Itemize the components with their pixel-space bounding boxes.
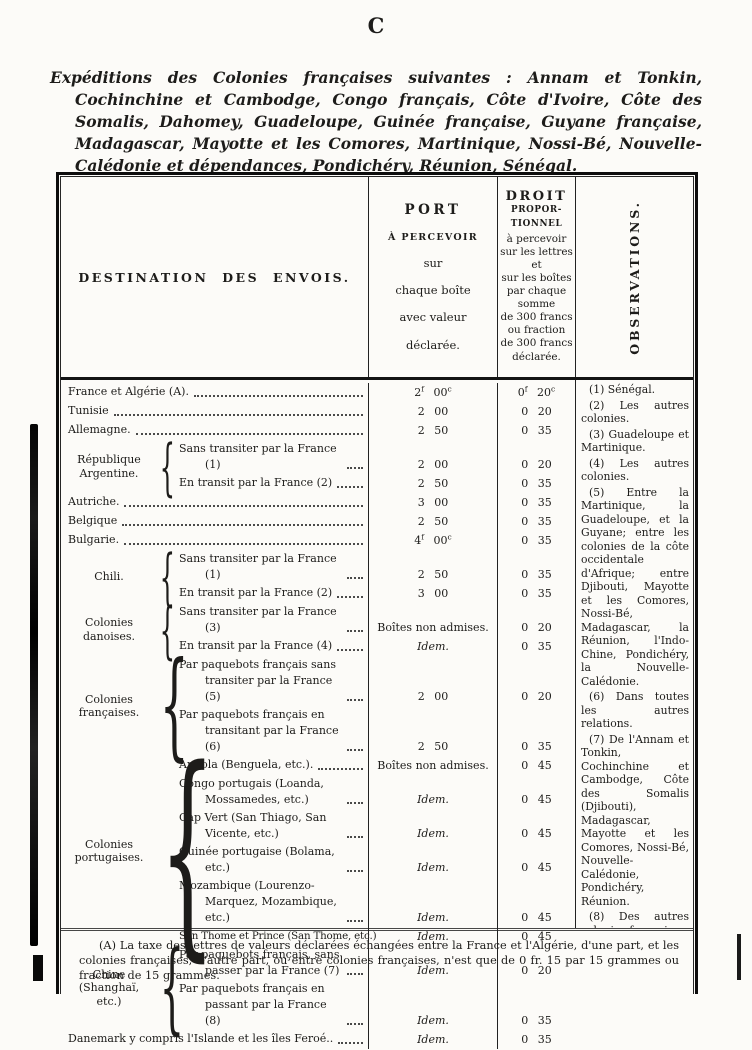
- destination-header-cell: DESTINATION DES ENVOIS.: [61, 177, 368, 377]
- destination-label: En transit par la France (2): [179, 585, 332, 602]
- port-value: 2 50: [418, 567, 449, 582]
- droit-header-line: de 300 francs: [500, 337, 572, 350]
- port-cell: Boîtes non admises.: [368, 756, 497, 775]
- intro-paragraph: Expéditions des Colonies françaises suiv…: [50, 67, 702, 177]
- port-header-line: déclarée.: [406, 338, 460, 352]
- dot-leaders: [337, 486, 363, 488]
- droit-cell: 0 35: [497, 474, 575, 493]
- observation-note: (1) Sénégal.: [581, 383, 689, 397]
- dot-leaders: [122, 524, 363, 526]
- port-cell: Idem.: [368, 843, 497, 877]
- dot-leaders: [347, 630, 363, 632]
- destination-cell: Allemagne.: [61, 421, 368, 440]
- port-cell: 2 50: [368, 474, 497, 493]
- observation-note: (4) Les autres colonies.: [581, 457, 689, 484]
- group-category: Chine (Shanghaï, etc.): [63, 946, 155, 1030]
- droit-value: 0f 20c: [518, 385, 555, 400]
- port-value: Idem.: [417, 826, 449, 841]
- tariff-table-inner: DESTINATION DES ENVOIS. PORTÀ PERCEVOIRs…: [60, 176, 694, 994]
- table-row: Danemark y compris l'Islande et les îles…: [61, 1030, 575, 1049]
- droit-cell: 0 45: [497, 756, 575, 775]
- table-row: Bulgarie. 4f 00c 0 35: [61, 531, 575, 550]
- droit-value: 0 45: [521, 826, 552, 841]
- port-cell: Idem.: [368, 775, 497, 809]
- observation-note: (3) Guadeloupe et Martinique.: [581, 428, 689, 455]
- port-value: 2 00: [418, 457, 449, 472]
- row-group: Colonies françaises. { Par paquebots fra…: [61, 656, 575, 756]
- destination-label: En transit par la France (4): [179, 638, 332, 655]
- port-cell: Idem.: [368, 980, 497, 1030]
- droit-value: 0 45: [521, 792, 552, 807]
- port-value: 4f 00c: [414, 533, 451, 548]
- observation-note: (2) Les autres colonies.: [581, 399, 689, 426]
- droit-cell: 0 20: [497, 603, 575, 637]
- group-brace: {: [160, 940, 171, 1037]
- droit-cell: 0 35: [497, 493, 575, 512]
- port-value: Idem.: [417, 1032, 449, 1047]
- port-cell: 3 00: [368, 584, 497, 603]
- droit-value: 0 20: [521, 404, 552, 419]
- port-value: 2f 00c: [414, 385, 451, 400]
- dot-leaders: [114, 414, 363, 416]
- dot-leaders: [338, 1042, 363, 1044]
- dot-leaders: [347, 577, 363, 579]
- destination-cell: France et Algérie (A).: [61, 383, 368, 402]
- droit-cell: 0 45: [497, 927, 575, 946]
- group-brace: {: [160, 742, 171, 961]
- droit-value: 0 35: [521, 1032, 552, 1047]
- destination-label: Sans transiter par la France (1): [179, 441, 342, 473]
- port-cell: Boîtes non admises.: [368, 603, 497, 637]
- droit-header-line: TIONNEL: [511, 218, 563, 231]
- group-brace: {: [160, 436, 171, 497]
- droit-cell: 0 45: [497, 877, 575, 927]
- destination-label: En transit par la France (2): [179, 475, 332, 492]
- droit-header-line: DROIT: [506, 190, 568, 203]
- droit-cell: 0 45: [497, 843, 575, 877]
- droit-value: 0 20: [521, 689, 552, 704]
- port-value: 2 00: [418, 404, 449, 419]
- destination-label: Par paquebots français sans transiter pa…: [179, 657, 342, 705]
- port-value: Idem.: [417, 929, 449, 944]
- droit-value: 0 35: [521, 1013, 552, 1028]
- droit-value: 0 45: [521, 860, 552, 875]
- port-value: Idem.: [417, 792, 449, 807]
- port-header-line: À PERCEVOIR: [388, 232, 478, 243]
- group-category: Colonies françaises.: [63, 656, 155, 756]
- dot-leaders: [347, 749, 363, 751]
- droit-cell: 0f 20c: [497, 383, 575, 402]
- droit-value: 0 35: [521, 495, 552, 510]
- destination-header-label: DESTINATION DES ENVOIS.: [78, 270, 350, 285]
- droit-header-line: déclarée.: [512, 351, 561, 364]
- droit-value: 0 35: [521, 739, 552, 754]
- port-cell: Idem.: [368, 1030, 497, 1049]
- droit-value: 0 20: [521, 620, 552, 635]
- port-cell: 2 00: [368, 402, 497, 421]
- port-value: Idem.: [417, 963, 449, 978]
- droit-value: 0 35: [521, 586, 552, 601]
- port-cell: 2 50: [368, 550, 497, 584]
- table-row: Belgique 2 50 0 35: [61, 512, 575, 531]
- port-value: 2 50: [418, 739, 449, 754]
- droit-header-line: sur les boîtes: [501, 272, 571, 285]
- droit-value: 0 35: [521, 476, 552, 491]
- port-header-cell: PORTÀ PERCEVOIRsurchaque boîteavec valeu…: [368, 177, 497, 377]
- destination-cell: Danemark y compris l'Islande et les îles…: [61, 1030, 368, 1049]
- group-category: Chili.: [63, 550, 155, 603]
- observations-header-label: OBSERVATIONS.: [627, 200, 642, 355]
- droit-header-line: somme: [518, 298, 555, 311]
- droit-cell: 0 20: [497, 402, 575, 421]
- port-value: 2 00: [418, 689, 449, 704]
- dot-leaders: [337, 649, 363, 651]
- droit-cell: 0 45: [497, 775, 575, 809]
- destination-label: Par paquebots français en passant par la…: [179, 981, 342, 1029]
- table-body: France et Algérie (A). 2f 00c 0f 20c Tun…: [61, 380, 693, 931]
- group-category: Colonies danoises.: [63, 603, 155, 656]
- port-cell: Idem.: [368, 809, 497, 843]
- row-group: République Argentine. { Sans transiter p…: [61, 440, 575, 493]
- destination-label: Tunisie: [68, 403, 109, 420]
- dot-leaders: [347, 870, 363, 872]
- section-letter: C: [0, 13, 752, 38]
- destination-label: Danemark y compris l'Islande et les îles…: [68, 1031, 333, 1048]
- dot-leaders: [347, 1023, 363, 1025]
- port-value: 2 50: [418, 423, 449, 438]
- destination-label: Sans transiter par la France (1): [179, 551, 342, 583]
- observation-note: (8) Des autres colonies françaises.: [581, 910, 689, 928]
- dot-leaders: [347, 973, 363, 975]
- port-header-line: PORT: [405, 202, 462, 218]
- port-value: Boîtes non admises.: [377, 758, 488, 773]
- port-header-line: chaque boîte: [395, 283, 470, 297]
- port-cell: 3 00: [368, 493, 497, 512]
- scanned-document-page: C Expéditions des Colonies françaises su…: [0, 0, 752, 1050]
- dot-leaders: [194, 395, 363, 397]
- droit-value: 0 35: [521, 533, 552, 548]
- port-cell: Idem.: [368, 946, 497, 980]
- port-cell: 2 00: [368, 440, 497, 474]
- port-cell: 2 50: [368, 421, 497, 440]
- droit-value: 0 35: [521, 514, 552, 529]
- port-header-line: sur: [424, 256, 443, 270]
- row-group: Chine (Shanghaï, etc.) { Par paquebots f…: [61, 946, 575, 1030]
- droit-cell: 0 20: [497, 440, 575, 474]
- observation-note: (7) De l'Annam et Tonkin, Cochinchine et…: [581, 733, 689, 909]
- observation-note: (6) Dans toutes les autres relations.: [581, 690, 689, 731]
- droit-value: 0 45: [521, 929, 552, 944]
- droit-header-line: PROPOR-: [511, 204, 562, 217]
- dot-leaders: [124, 505, 363, 507]
- tariff-table: DESTINATION DES ENVOIS. PORTÀ PERCEVOIRs…: [56, 172, 698, 994]
- droit-value: 0 20: [521, 457, 552, 472]
- scan-edge-artifact: [737, 934, 741, 980]
- table-body-rows: France et Algérie (A). 2f 00c 0f 20c Tun…: [61, 380, 575, 928]
- port-header-line: avec valeur: [400, 310, 467, 324]
- destination-label: Belgique: [68, 513, 117, 530]
- destination-label: Sans transiter par la France (3): [179, 604, 342, 636]
- port-value: Idem.: [417, 860, 449, 875]
- port-cell: Idem.: [368, 877, 497, 927]
- droit-header-line: par chaque: [507, 285, 566, 298]
- port-cell: 2f 00c: [368, 383, 497, 402]
- dot-leaders: [318, 768, 363, 770]
- port-cell: 2 50: [368, 512, 497, 531]
- dot-leaders: [337, 596, 363, 598]
- port-cell: 2 50: [368, 706, 497, 756]
- droit-value: 0 35: [521, 567, 552, 582]
- port-value: 2 50: [418, 514, 449, 529]
- dot-leaders: [347, 920, 363, 922]
- table-row: Allemagne. 2 50 0 35: [61, 421, 575, 440]
- port-cell: Idem.: [368, 637, 497, 656]
- group-category: République Argentine.: [63, 440, 155, 493]
- observations-cell: (1) Sénégal.(2) Les autres colonies.(3) …: [575, 380, 693, 928]
- droit-header-cell: DROITPROPOR-TIONNELà percevoirsur les le…: [497, 177, 575, 377]
- droit-cell: 0 35: [497, 706, 575, 756]
- group-category: Colonies portugaises.: [63, 756, 155, 946]
- droit-cell: 0 35: [497, 980, 575, 1030]
- droit-cell: 0 35: [497, 1030, 575, 1049]
- dot-leaders: [347, 699, 363, 701]
- droit-cell: 0 35: [497, 584, 575, 603]
- table-row: Autriche. 3 00 0 35: [61, 493, 575, 512]
- droit-header-line: de 300 francs: [500, 311, 572, 324]
- droit-header-line: sur les lettres: [500, 246, 573, 259]
- port-cell: Idem.: [368, 927, 497, 946]
- observations-header-cell: OBSERVATIONS.: [575, 177, 693, 377]
- destination-label: Allemagne.: [68, 422, 131, 439]
- droit-cell: 0 20: [497, 946, 575, 980]
- droit-cell: 0 35: [497, 531, 575, 550]
- port-value: 3 00: [418, 586, 449, 601]
- table-header-row: DESTINATION DES ENVOIS. PORTÀ PERCEVOIRs…: [61, 177, 693, 380]
- destination-cell: Bulgarie.: [61, 531, 368, 550]
- port-value: Idem.: [417, 1013, 449, 1028]
- destination-cell: Tunisie: [61, 402, 368, 421]
- destination-cell: Belgique: [61, 512, 368, 531]
- port-cell: 4f 00c: [368, 531, 497, 550]
- droit-cell: 0 35: [497, 512, 575, 531]
- droit-value: 0 35: [521, 639, 552, 654]
- observation-note: (5) Entre la Martinique, la Guadeloupe, …: [581, 486, 689, 689]
- dot-leaders: [347, 802, 363, 804]
- row-group: Colonies danoises. { Sans transiter par …: [61, 603, 575, 656]
- scan-gutter-artifact: [30, 424, 38, 946]
- port-value: Idem.: [417, 910, 449, 925]
- droit-header-line: à percevoir: [507, 233, 567, 246]
- droit-value: 0 45: [521, 910, 552, 925]
- droit-header-line: ou fraction: [508, 324, 566, 337]
- port-value: 3 00: [418, 495, 449, 510]
- destination-label: France et Algérie (A).: [68, 384, 189, 401]
- destination-cell: Autriche.: [61, 493, 368, 512]
- destination-label: Bulgarie.: [68, 532, 119, 549]
- droit-cell: 0 35: [497, 550, 575, 584]
- droit-value: 0 45: [521, 758, 552, 773]
- dot-leaders: [347, 836, 363, 838]
- droit-cell: 0 45: [497, 809, 575, 843]
- port-value: Boîtes non admises.: [377, 620, 488, 635]
- table-row: France et Algérie (A). 2f 00c 0f 20c: [61, 383, 575, 402]
- row-group: Colonies portugaises. { Angola (Benguela…: [61, 756, 575, 946]
- port-value: 2 50: [418, 476, 449, 491]
- droit-value: 0 35: [521, 423, 552, 438]
- droit-cell: 0 35: [497, 637, 575, 656]
- droit-value: 0 20: [521, 963, 552, 978]
- dot-leaders: [347, 467, 363, 469]
- droit-cell: 0 35: [497, 421, 575, 440]
- droit-header-line: et: [531, 259, 541, 272]
- row-group: Chili. { Sans transiter par la France (1…: [61, 550, 575, 603]
- scan-gutter-artifact: [33, 955, 43, 981]
- port-value: Idem.: [417, 639, 449, 654]
- destination-label: Autriche.: [68, 494, 119, 511]
- table-row: Tunisie 2 00 0 20: [61, 402, 575, 421]
- droit-cell: 0 20: [497, 656, 575, 706]
- port-cell: 2 00: [368, 656, 497, 706]
